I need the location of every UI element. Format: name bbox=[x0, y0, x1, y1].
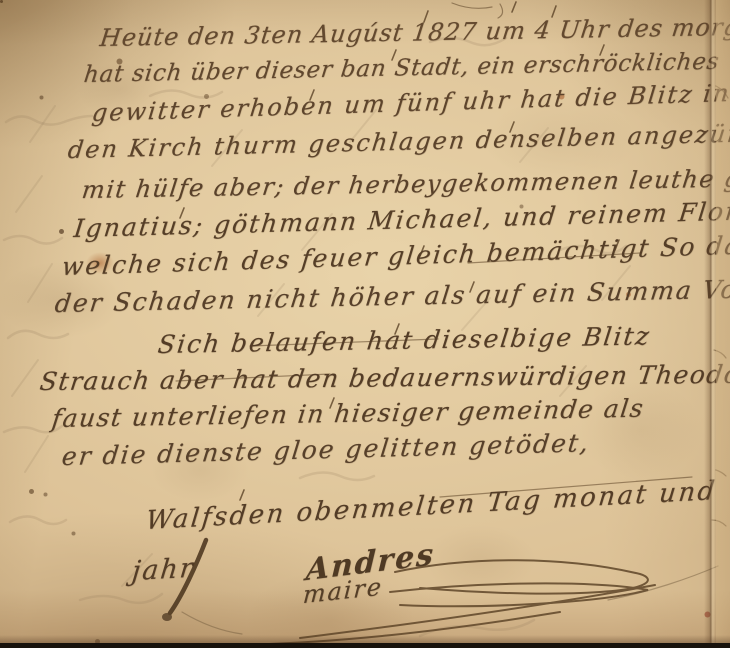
ink-specks bbox=[0, 0, 3, 3]
manuscript-page: Heüte den 3ten Augúst 1827 um 4 Uhr des … bbox=[0, 0, 730, 648]
page-fold-edge bbox=[704, 0, 716, 648]
manuscript-line: er die dienste gloe gelitten getödet, bbox=[60, 428, 591, 471]
manuscript-line: den Kirch thurm geschlagen denselben ang… bbox=[66, 118, 730, 164]
scan-edge-shadow bbox=[0, 635, 730, 643]
manuscript-line: Heüte den 3ten Augúst 1827 um 4 Uhr des … bbox=[98, 12, 730, 52]
manuscript-line: faust unterliefen in hiesiger gemeinde a… bbox=[50, 394, 646, 433]
scan-edge-bar bbox=[0, 643, 730, 648]
manuscript-line: gewitter erhoben um fünf uhr hat die Bli… bbox=[90, 79, 730, 127]
closing-line: Walfsden obenmelten Tag monat und bbox=[144, 476, 718, 536]
manuscript-line: Strauch aber hat den bedauernswürdigen T… bbox=[38, 360, 730, 397]
manuscript-line: der Schaden nicht höher als auf ein Summ… bbox=[53, 274, 730, 318]
adjacent-page-strip bbox=[716, 0, 730, 648]
manuscript-line: mit hülfe aber; der herbeygekommenen leu… bbox=[80, 163, 730, 204]
manuscript-line: Sich belaufen hat dieselbige Blitz bbox=[156, 321, 652, 359]
closing-line: jahr bbox=[130, 553, 196, 587]
